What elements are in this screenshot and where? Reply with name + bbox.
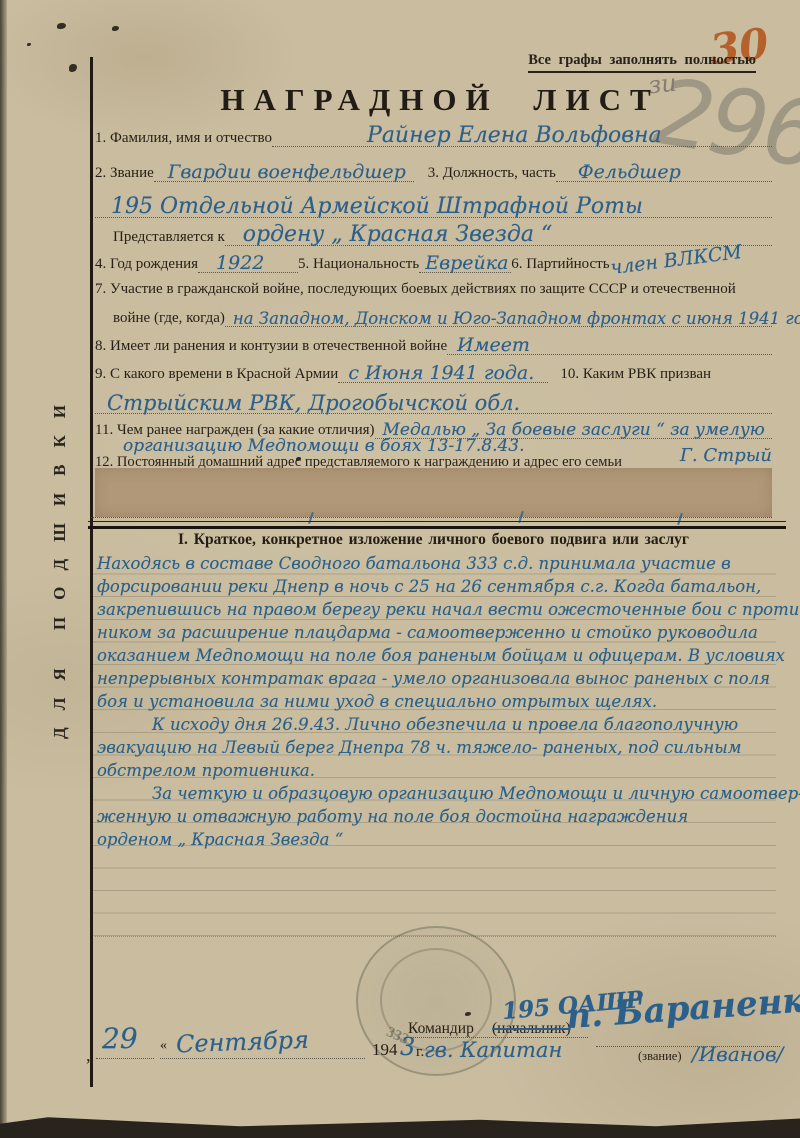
paper-speck [69,64,77,72]
field-name-label: 1. Фамилия, имя и отчество [95,130,272,147]
paper-speck [57,23,66,29]
date-open-quote: „ [86,1045,94,1066]
date-year-printed: 194 [372,1040,398,1060]
section-divider-rule [88,521,786,529]
feat-line: обстрелом противника. [97,759,772,782]
field-service-since-row: 9. С какого времени в Красной Армии с Ию… [95,364,772,383]
feat-description: Находясь в составе Сводного батальона 33… [97,552,772,851]
field-rvk-row: Стрыйским РВК, Дрогобычской обл. [95,391,772,414]
field-party-value: член ВЛКСМ [609,241,743,279]
field-position-entry: Фельдшер [556,163,772,182]
date-year-suffix: г. [416,1044,424,1061]
feat-line: ником за расширение плацдарма - самоотве… [97,621,772,644]
field-rank-entry: Гвардии военфельдшер [154,163,414,182]
field-presented-entry: ордену „ Красная Звезда “ [225,227,772,246]
rank-handwritten: гв. Капитан [424,1038,562,1062]
field-presented-value: ордену „ Красная Звезда “ [243,222,552,247]
field-service-label: 9. С какого времени в Красной Армии [95,366,338,383]
commander-label: Командир [408,1020,474,1038]
field-war-entry: на Западном, Донском и Юго-Западном фрон… [225,308,772,327]
feat-section-heading: I. Краткое, конкретное изложение личного… [95,531,772,549]
feat-line: закрепившись на правом берегу реки начал… [97,598,772,621]
redaction-block [95,468,772,517]
field-unit-entry: 195 Отдельной Армейской Штрафной Роты [95,195,772,218]
field-wounds-value: Имеет [457,334,530,356]
countersign-name: /Иванов/ [692,1042,783,1066]
field-war-participation-row1: 7. Участие в гражданской войне, последую… [95,281,772,298]
feat-line: Находясь в составе Сводного батальона 33… [97,552,772,575]
field-wounds-row: 8. Имеет ли ранения и контузии в отечест… [95,336,772,355]
field-unit-value: 195 Отдельной Армейской Штрафной Роты [111,194,643,219]
field-wounds-label: 8. Имеет ли ранения и контузии в отечест… [95,338,447,355]
field-presented-row: Представляется к ордену „ Красная Звезда… [95,227,772,246]
feat-line: эвакуацию на Левый берег Днепра 78 ч. тя… [97,736,772,759]
dotted-line-under-redaction [91,517,772,518]
field-war-value: на Западном, Донском и Юго-Западном фрон… [233,309,800,328]
field-war-label-line2: войне (где, когда) [95,310,225,327]
date-mid-quote: « [160,1038,167,1054]
field-war-participation-row2: войне (где, когда) на Западном, Донском … [95,308,772,327]
field-presented-label: Представляется к [95,229,225,246]
field-name-entry: Райнер Елена Вольфовна [272,128,772,147]
paper-speck [27,43,31,46]
date-month-underline [160,1058,365,1059]
field-party-label: 6. Партийность [511,256,609,273]
date-month: Сентября [176,1026,310,1059]
field-rank-value: Гвардии военфельдшер [168,161,406,183]
feat-line: К исходу дня 26.9.43. Лично обезпечила и… [97,713,772,736]
field-rank-label: 2. Звание [95,165,154,182]
award-sheet-document: ДЛЯ ПОДШИВКИ зи 30 296 Все графы заполня… [0,0,800,1138]
feat-line: форсировании реки Днепр в ночь с 25 на 2… [97,575,772,598]
chief-label-struck: (начальник) [492,1020,571,1038]
field-rvk-entry: Стрыйским РВК, Дрогобычской обл. [95,391,772,414]
field-birthyear-label: 4. Год рождения [95,256,198,273]
field-birthyear-value: 1922 [216,252,264,274]
feat-line: оказанием Медпомощи на поле боя раненым … [97,644,772,667]
field-birthyear-entry: 1922 [198,254,298,273]
field-birth-nationality-party-row: 4. Год рождения 1922 5. Национальность Е… [95,254,772,273]
field-name-row: 1. Фамилия, имя и отчество Райнер Елена … [95,128,772,147]
signature-dash: — [762,998,782,1022]
field-rvk-label: 10. Каким РВК призван [548,366,711,383]
feat-line: непрерывных контратак врага - умело орга… [97,667,772,690]
field-service-value: с Июня 1941 года. [348,362,534,384]
feat-line: За четкую и образцовую организацию Медпо… [97,782,772,805]
date-day: 29 [102,1022,138,1055]
field-party-entry: член ВЛКСМ [610,255,772,273]
date-day-underline [96,1058,154,1059]
field-position-value: Фельдшер [578,161,681,183]
field-nationality-value: Еврейка [425,252,508,274]
scan-left-edge [0,0,7,1138]
field-nationality-entry: Еврейка [419,254,511,273]
rank-caption: (звание) [638,1049,681,1064]
field-rank-position-row: 2. Звание Гвардии военфельдшер 3. Должно… [95,163,772,182]
field-position-label: 3. Должность, часть [414,165,556,182]
field-unit-row: 195 Отдельной Армейской Штрафной Роты [95,195,772,218]
field-address-value: Г. Стрый [680,445,772,466]
feat-line: орденом „ Красная Звезда “ [97,828,772,851]
field-service-entry: с Июня 1941 года. [338,364,548,383]
spine-caption: ДЛЯ ПОДШИВКИ [50,388,70,739]
feat-line: женную и отважную работу на поле боя дос… [97,805,772,828]
field-wounds-entry: Имеет [447,336,772,355]
field-rvk-value: Стрыйским РВК, Дрогобычской обл. [107,391,520,415]
field-name-value: Райнер Елена Вольфовна [367,123,662,148]
field-war-label-line1: 7. Участие в гражданской войне, последую… [95,281,736,298]
feat-line: боя и установила за ними уход в специаль… [97,690,772,713]
field-nationality-label: 5. Национальность [298,256,419,273]
